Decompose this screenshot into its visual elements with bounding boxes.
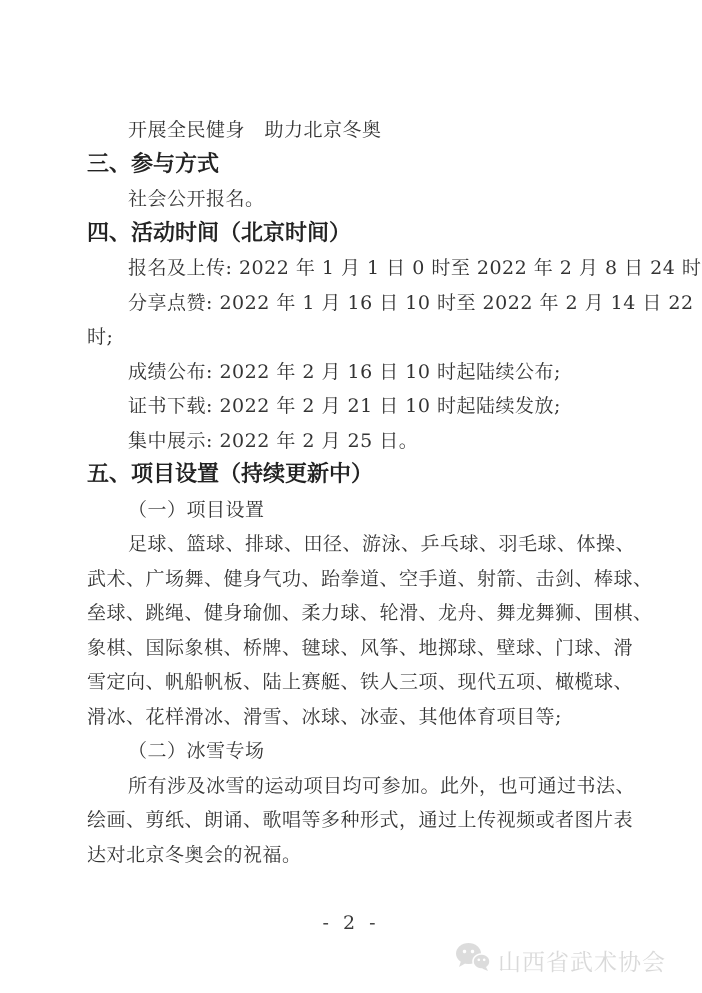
doc-line: 报名及上传: 2022 年 1 月 1 日 0 时至 2022 年 2 月 8 … bbox=[87, 251, 621, 286]
doc-line: 集中展示: 2022 年 2 月 25 日。 bbox=[87, 424, 621, 459]
doc-line: 达对北京冬奥会的祝福。 bbox=[87, 838, 621, 873]
section-heading: 五、项目设置（持续更新中） bbox=[87, 458, 621, 493]
watermark-label: 山西省武术协会 bbox=[498, 944, 666, 977]
wechat-logo-icon bbox=[455, 942, 491, 978]
doc-line: 雪定向、帆船帆板、陆上赛艇、铁人三项、现代五项、橄榄球、 bbox=[87, 665, 621, 700]
doc-line: 时; bbox=[87, 320, 621, 355]
section-heading: 三、参与方式 bbox=[87, 148, 621, 183]
doc-line: 开展全民健身 助力北京冬奥 bbox=[87, 113, 621, 148]
doc-line: （一）项目设置 bbox=[87, 493, 621, 528]
doc-line: 社会公开报名。 bbox=[87, 182, 621, 217]
doc-line: （二）冰雪专场 bbox=[87, 734, 621, 769]
watermark: 山西省武术协会 bbox=[455, 942, 666, 978]
section-heading: 四、活动时间（北京时间） bbox=[87, 217, 621, 252]
page-number: - 2 - bbox=[0, 912, 702, 934]
doc-line: 足球、篮球、排球、田径、游泳、乒乓球、羽毛球、体操、 bbox=[87, 527, 621, 562]
doc-line: 武术、广场舞、健身气功、跆拳道、空手道、射箭、击剑、棒球、 bbox=[87, 562, 621, 597]
doc-line: 证书下载: 2022 年 2 月 21 日 10 时起陆续发放; bbox=[87, 389, 621, 424]
doc-line: 所有涉及冰雪的运动项目均可参加。此外，也可通过书法、 bbox=[87, 769, 621, 804]
doc-line: 成绩公布: 2022 年 2 月 16 日 10 时起陆续公布; bbox=[87, 355, 621, 390]
doc-line: 象棋、国际象棋、桥牌、毽球、风筝、地掷球、壁球、门球、滑 bbox=[87, 631, 621, 666]
doc-line: 分享点赞: 2022 年 1 月 16 日 10 时至 2022 年 2 月 1… bbox=[87, 286, 621, 321]
document-page: 开展全民健身 助力北京冬奥 三、参与方式 社会公开报名。 四、活动时间（北京时间… bbox=[0, 0, 702, 993]
doc-line: 绘画、剪纸、朗诵、歌唱等多种形式，通过上传视频或者图片表 bbox=[87, 803, 621, 838]
doc-line: 垒球、跳绳、健身瑜伽、柔力球、轮滑、龙舟、舞龙舞狮、围棋、 bbox=[87, 596, 621, 631]
doc-line: 滑冰、花样滑冰、滑雪、冰球、冰壶、其他体育项目等; bbox=[87, 700, 621, 735]
document-body: 开展全民健身 助力北京冬奥 三、参与方式 社会公开报名。 四、活动时间（北京时间… bbox=[87, 113, 621, 872]
